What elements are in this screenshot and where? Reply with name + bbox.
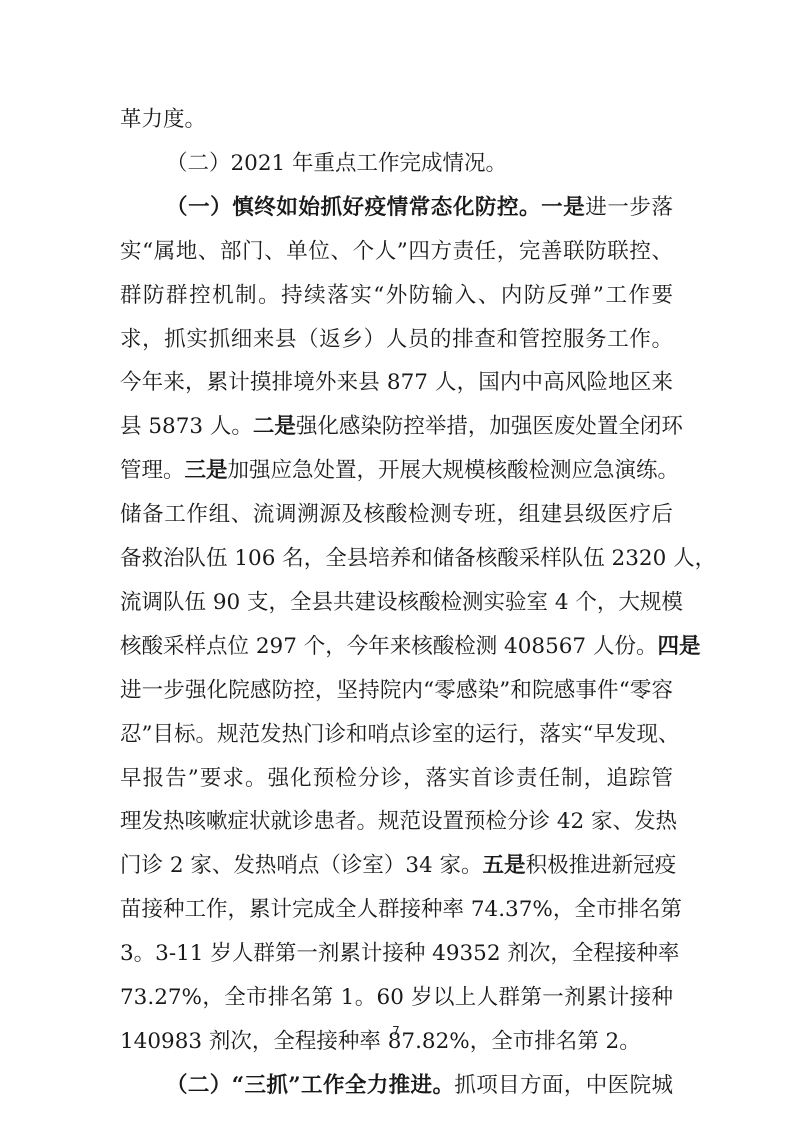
- body-text: 进一步强化院感防控，坚持院内“零感染”和院感事件“零容: [120, 678, 673, 703]
- text-line: 早报告”要求。强化预检分诊，落实首诊责任制，追踪管: [120, 765, 673, 793]
- body-text: 今年来，累计摸排境外来县 877 人，国内中高风险地区来: [120, 370, 673, 395]
- text-line: 实“属地、部门、单位、个人”四方责任，完善联防联控、: [120, 238, 673, 266]
- text-line: （二）2021 年重点工作完成情况。: [166, 150, 673, 178]
- bold-text: 三是: [185, 458, 228, 483]
- body-text: 积极推进新冠疫: [526, 853, 677, 878]
- text-line: 群防群控机制。持续落实“外防输入、内防反弹”工作要: [120, 282, 673, 310]
- text-line: 储备工作组、流调溯源及核酸检测专班，组建县级医疗后: [120, 501, 673, 529]
- text-line: 县 5873 人。二是强化感染防控举措，加强医废处置全闭环: [120, 413, 673, 441]
- text-line: 求，抓实抓细来县（返乡）人员的排查和管控服务工作。: [120, 326, 673, 354]
- body-text: 加强应急处置，开展大规模核酸检测应急演练。: [228, 458, 680, 483]
- text-line: 3。3-11 岁人群第一剂累计接种 49352 剂次，全程接种率: [120, 940, 673, 968]
- text-line: 备救治队伍 106 名，全县培养和储备核酸采样队伍 2320 人，: [120, 545, 673, 573]
- text-line: 忍”目标。规范发热门诊和哨点诊室的运行，落实“早发现、: [120, 721, 673, 749]
- body-text: 强化感染防控举措，加强医废处置全闭环: [296, 414, 683, 439]
- text-line: 流调队伍 90 支，全县共建设核酸检测实验室 4 个，大规模: [120, 589, 673, 617]
- bold-text: 四是: [657, 634, 700, 659]
- text-line: 苗接种工作，累计完成全人群接种率 74.37%，全市排名第: [120, 896, 673, 924]
- document-page: 革力度。（二）2021 年重点工作完成情况。（一）慎终如始抓好疫情常态化防控。一…: [0, 0, 793, 1122]
- body-text: 忍”目标。规范发热门诊和哨点诊室的运行，落实“早发现、: [120, 722, 680, 747]
- body-text: （二）2021 年重点工作完成情况。: [166, 151, 507, 176]
- body-text: 苗接种工作，累计完成全人群接种率 74.37%，全市排名第: [120, 897, 682, 922]
- body-text: 流调队伍 90 支，全县共建设核酸检测实验室 4 个，大规模: [120, 590, 683, 615]
- page-number: 7: [386, 1024, 406, 1038]
- text-line: 管理。三是加强应急处置，开展大规模核酸检测应急演练。: [120, 457, 673, 485]
- bold-text: 二是: [253, 414, 296, 439]
- text-line: 理发热咳嗽症状就诊患者。规范设置预检分诊 42 家、发热: [120, 808, 673, 836]
- body-text: 备救治队伍 106 名，全县培养和储备核酸采样队伍 2320 人，: [120, 546, 716, 571]
- bold-text: 一是: [541, 195, 585, 220]
- bold-text: （一）慎终如始抓好疫情常态化防控。: [166, 195, 541, 220]
- text-line: 今年来，累计摸排境外来县 877 人，国内中高风险地区来: [120, 369, 673, 397]
- body-text: 3。3-11 岁人群第一剂累计接种 49352 剂次，全程接种率: [120, 941, 679, 966]
- body-text: 核酸采样点位 297 个，今年来核酸检测 408567 人份。: [120, 634, 657, 659]
- body-text: 求，抓实抓细来县（返乡）人员的排查和管控服务工作。: [120, 327, 673, 352]
- text-line: 革力度。: [120, 106, 673, 134]
- body-text: 管理。: [120, 458, 185, 483]
- body-text: 革力度。: [120, 107, 206, 132]
- body-text: 进一步落: [585, 195, 673, 220]
- text-line: 门诊 2 家、发热哨点（诊室）34 家。五是积极推进新冠疫: [120, 852, 673, 880]
- text-line: 核酸采样点位 297 个，今年来核酸检测 408567 人份。四是: [120, 633, 673, 661]
- body-text: 储备工作组、流调溯源及核酸检测专班，组建县级医疗后: [120, 502, 673, 527]
- body-text: 理发热咳嗽症状就诊患者。规范设置预检分诊 42 家、发热: [120, 809, 677, 834]
- bold-text: （二）“三抓”工作全力推进。: [166, 1073, 454, 1098]
- bold-text: 五是: [483, 853, 526, 878]
- body-text: 抓项目方面，中医院城: [454, 1073, 673, 1098]
- body-text: 73.27%，全市排名第 1。60 岁以上人群第一剂累计接种: [120, 985, 673, 1010]
- text-line: （二）“三抓”工作全力推进。抓项目方面，中医院城: [166, 1072, 673, 1100]
- body-text: 早报告”要求。强化预检分诊，落实首诊责任制，追踪管: [120, 766, 673, 791]
- body-text: 门诊 2 家、发热哨点（诊室）34 家。: [120, 853, 483, 878]
- body-text: 县 5873 人。: [120, 414, 253, 439]
- body-text: 140983 剂次，全程接种率 87.82%，全市排名第 2。: [120, 1029, 641, 1054]
- text-line: 73.27%，全市排名第 1。60 岁以上人群第一剂累计接种: [120, 984, 673, 1012]
- body-text: 群防群控机制。持续落实“外防输入、内防反弹”工作要: [120, 283, 673, 308]
- body-text: 实“属地、部门、单位、个人”四方责任，完善联防联控、: [120, 239, 673, 264]
- text-line: （一）慎终如始抓好疫情常态化防控。一是进一步落: [166, 194, 673, 222]
- text-line: 进一步强化院感防控，坚持院内“零感染”和院感事件“零容: [120, 677, 673, 705]
